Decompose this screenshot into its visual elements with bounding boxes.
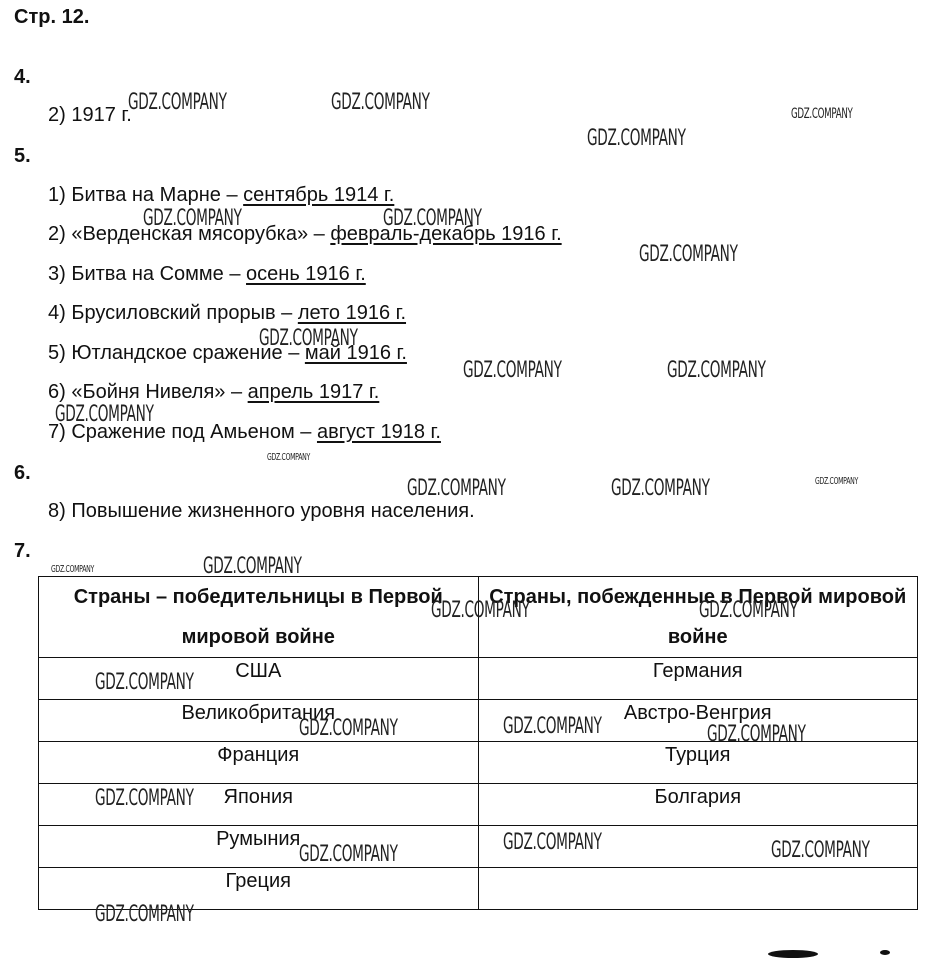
item-label: 1) Битва на Марне – [48,184,243,206]
watermark: GDZ.COMPANY [267,452,310,463]
table-cell [478,868,918,910]
watermark: GDZ.COMPANY [95,670,194,695]
watermark: GDZ.COMPANY [203,554,302,579]
table-cell: Турция [478,742,918,784]
header-winners: Страны – победительницы в Первой мировой… [39,577,479,658]
task-5-item-3: 3) Битва на Сомме – осень 1916 г. [48,263,366,286]
watermark: GDZ.COMPANY [707,722,806,747]
watermark: GDZ.COMPANY [383,206,482,231]
watermark: GDZ.COMPANY [639,242,738,267]
table-cell: Франция [39,742,479,784]
watermark: GDZ.COMPANY [299,842,398,867]
watermark: GDZ.COMPANY [463,358,562,383]
watermark: GDZ.COMPANY [95,902,194,927]
watermark: GDZ.COMPANY [503,830,602,855]
table-cell: Румыния [39,826,479,868]
page-title: Стр. 12. [14,6,89,29]
task-5-number: 5. [14,145,31,168]
task-7-number: 7. [14,540,31,563]
task-5-item-6: 6) «Бойня Нивеля» – апрель 1917 г. [48,381,379,404]
task-6-answer: 8) Повышение жизненного уровня населения… [48,500,475,523]
watermark: GDZ.COMPANY [699,598,798,623]
task-5-item-4: 4) Брусиловский прорыв – лето 1916 г. [48,302,406,325]
table-row: Франция Турция [39,742,918,784]
table-cell: Великобритания [39,700,479,742]
watermark: GDZ.COMPANY [667,358,766,383]
task-6-number: 6. [14,462,31,485]
watermark: GDZ.COMPANY [587,126,686,151]
watermark: GDZ.COMPANY [55,402,154,427]
watermark: GDZ.COMPANY [299,716,398,741]
item-answer: сентябрь 1914 г. [243,184,394,206]
watermark: GDZ.COMPANY [611,476,710,501]
watermark: GDZ.COMPANY [95,786,194,811]
item-label: 4) Брусиловский прорыв – [48,302,298,324]
item-answer: лето 1916 г. [298,302,406,324]
item-answer: август 1918 г. [317,421,441,443]
task-5-item-1: 1) Битва на Марне – сентябрь 1914 г. [48,184,394,207]
table-cell: Болгария [478,784,918,826]
table-cell: Германия [478,658,918,700]
task-4-number: 4. [14,66,31,89]
watermark: GDZ.COMPANY [771,838,870,863]
task-5-item-2: 2) «Верденская мясорубка» – февраль-дека… [48,223,562,246]
ink-mark [768,950,818,958]
watermark: GDZ.COMPANY [791,106,853,122]
watermark: GDZ.COMPANY [815,476,858,487]
watermark: GDZ.COMPANY [143,206,242,231]
header-losers: Страны, побежденные в Первой мировой вой… [478,577,918,658]
item-answer: осень 1916 г. [246,263,366,285]
watermark: GDZ.COMPANY [331,90,430,115]
task-4-answer: 2) 1917 г. [48,104,132,127]
watermark: GDZ.COMPANY [51,564,94,575]
item-label: 6) «Бойня Нивеля» – [48,381,248,403]
watermark: GDZ.COMPANY [407,476,506,501]
watermark: GDZ.COMPANY [431,598,530,623]
watermark: GDZ.COMPANY [259,326,358,351]
item-answer: апрель 1917 г. [248,381,380,403]
ink-mark [880,950,890,955]
watermark: GDZ.COMPANY [503,714,602,739]
item-label: 3) Битва на Сомме – [48,263,246,285]
watermark: GDZ.COMPANY [128,90,227,115]
